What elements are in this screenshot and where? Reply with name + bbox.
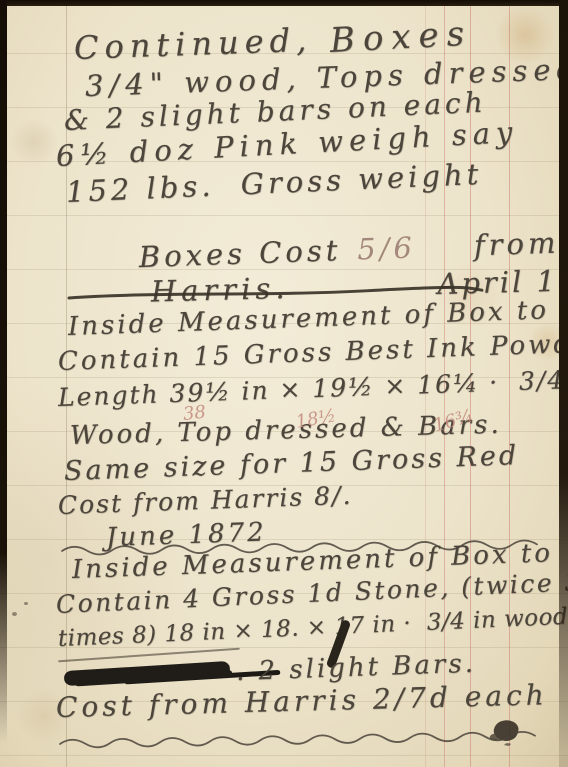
heading-boxes: Boxes: [329, 15, 473, 61]
page-right-edge: [559, 0, 568, 767]
pencil-speck: [24, 602, 28, 605]
pencil-annotation-38: 38: [182, 402, 207, 425]
pencil-speck: [12, 612, 17, 616]
page-left-edge: [0, 0, 7, 767]
ledger-page: Continued, Boxes 3/4" wood, Tops dressed…: [0, 0, 568, 767]
page-top-edge: [0, 0, 568, 6]
